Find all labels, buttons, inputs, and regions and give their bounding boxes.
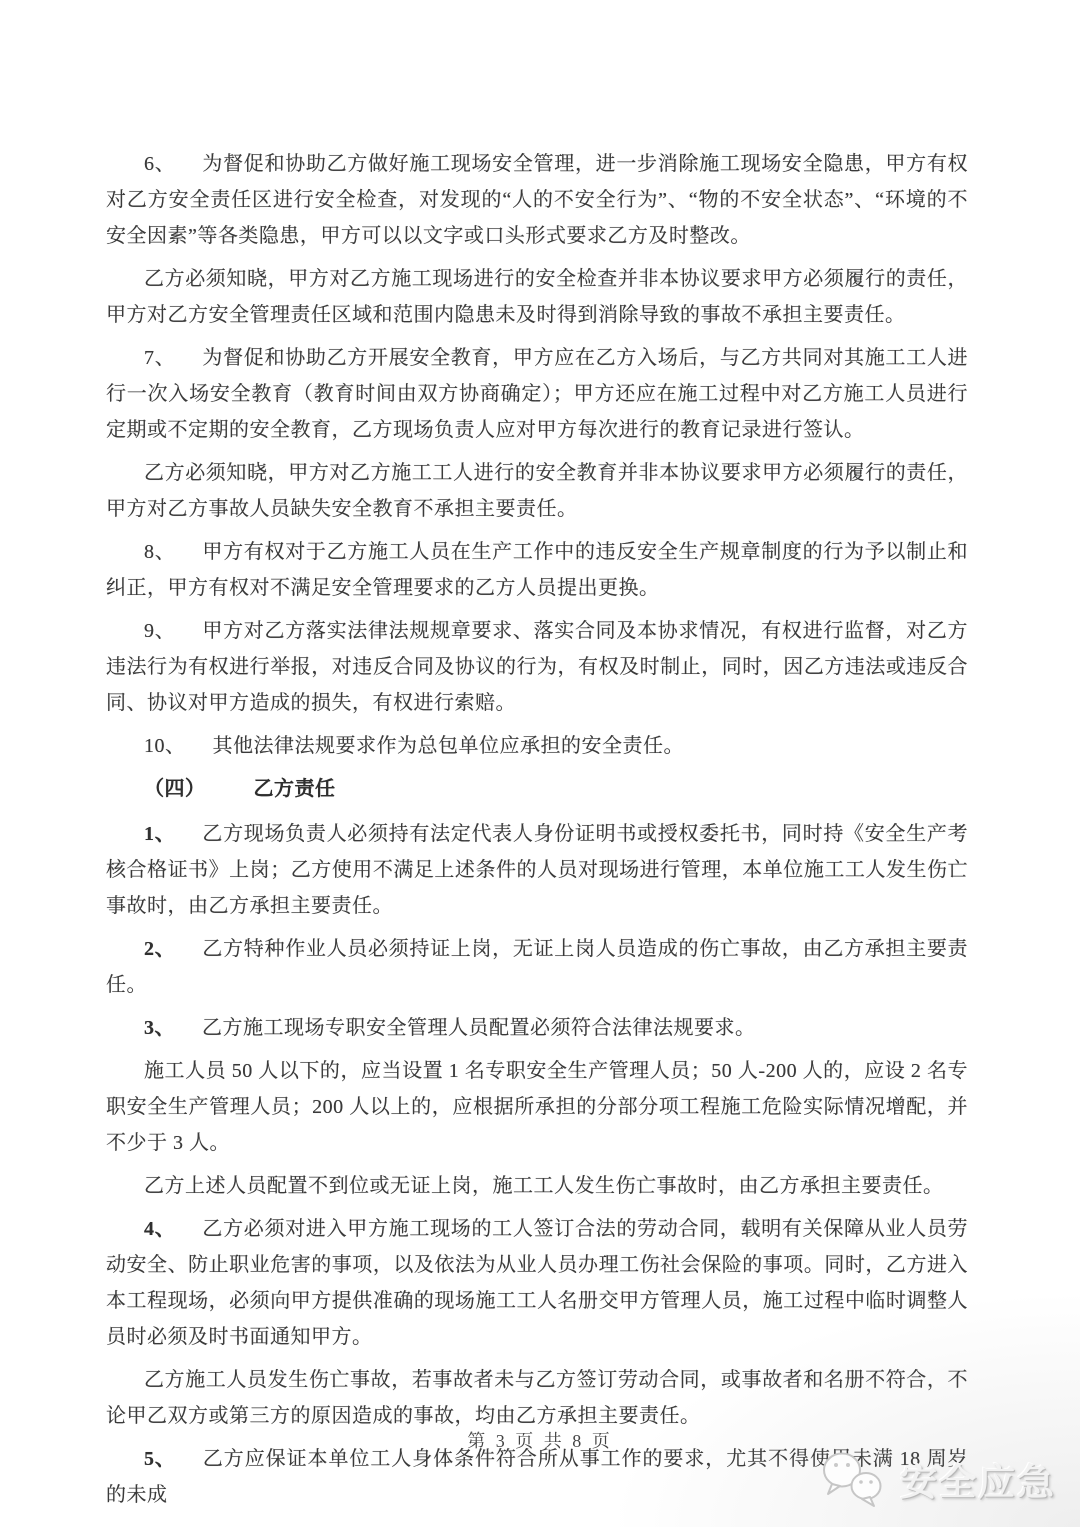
paragraph-text: 为督促和协助乙方做好施工现场安全管理，进一步消除施工现场安全隐患，甲方有权对乙方…: [106, 153, 968, 247]
paragraph-text: 乙方特种作业人员必须持证上岗，无证上岗人员造成的伤亡事故，由乙方承担主要责任。: [106, 938, 968, 996]
paragraph-text: 乙方施工人员发生伤亡事故，若事故者未与乙方签订劳动合同，或事故者和名册不符合，不…: [106, 1369, 968, 1427]
paragraph-text: 乙方必须对进入甲方施工现场的工人签订合法的劳动合同，载明有关保障从业人员劳动安全…: [106, 1218, 968, 1348]
paragraph: 10、其他法律法规要求作为总包单位应承担的安全责任。: [106, 728, 968, 764]
paragraph: 8、甲方有权对于乙方施工人员在生产工作中的违反安全生产规章制度的行为予以制止和纠…: [106, 534, 968, 606]
paragraph: 乙方必须知晓，甲方对乙方施工工人进行的安全教育并非本协议要求甲方必须履行的责任，…: [106, 455, 968, 527]
paragraph-number: 7、: [144, 347, 175, 369]
paragraph-text: 乙方现场负责人必须持有法定代表人身份证明书或授权委托书，同时持《安全生产考核合格…: [106, 823, 968, 917]
paragraph: 乙方上述人员配置不到位或无证上岗，施工工人发生伤亡事故时，由乙方承担主要责任。: [106, 1168, 968, 1204]
paragraph: 3、乙方施工现场专职安全管理人员配置必须符合法律法规要求。: [106, 1010, 968, 1046]
paragraph-text: 乙方必须知晓，甲方对乙方施工现场进行的安全检查并非本协议要求甲方必须履行的责任，…: [106, 268, 968, 326]
paragraph-number: 2、: [144, 938, 175, 960]
paragraph: 7、为督促和协助乙方开展安全教育，甲方应在乙方入场后，与乙方共同对其施工工人进行…: [106, 340, 968, 448]
paragraph-number: 10、: [144, 735, 186, 757]
paragraph-text: 乙方施工现场专职安全管理人员配置必须符合法律法规要求。: [202, 1017, 756, 1039]
paragraph-text: 甲方有权对于乙方施工人员在生产工作中的违反安全生产规章制度的行为予以制止和纠正，…: [106, 541, 968, 599]
paragraph-number: 1、: [144, 823, 175, 845]
paragraph-text: 其他法律法规要求作为总包单位应承担的安全责任。: [213, 735, 685, 757]
paragraph-number: 8、: [144, 541, 175, 563]
paragraph-number: 3、: [144, 1017, 175, 1039]
wechat-icon: [818, 1448, 890, 1510]
paragraph: 9、甲方对乙方落实法律法规规章要求、落实合同及本协求情况，有权进行监督，对乙方违…: [106, 613, 968, 721]
paragraph-number: 6、: [144, 153, 175, 175]
section-heading: （四）乙方责任: [106, 771, 968, 807]
paragraph: 施工人员 50 人以下的，应当设置 1 名专职安全生产管理人员；50 人-200…: [106, 1053, 968, 1161]
paragraph-text: 乙方责任: [254, 778, 336, 800]
paragraph: 乙方必须知晓，甲方对乙方施工现场进行的安全检查并非本协议要求甲方必须履行的责任，…: [106, 261, 968, 333]
paragraph-text: 为督促和协助乙方开展安全教育，甲方应在乙方入场后，与乙方共同对其施工工人进行一次…: [106, 347, 968, 441]
paragraph-text: 施工人员 50 人以下的，应当设置 1 名专职安全生产管理人员；50 人-200…: [106, 1060, 968, 1154]
watermark: 安全应急: [818, 1448, 1056, 1510]
paragraph-text: 甲方对乙方落实法律法规规章要求、落实合同及本协求情况，有权进行监督，对乙方违法行…: [106, 620, 968, 714]
paragraph: 乙方施工人员发生伤亡事故，若事故者未与乙方签订劳动合同，或事故者和名册不符合，不…: [106, 1362, 968, 1434]
paragraph: 6、为督促和协助乙方做好施工现场安全管理，进一步消除施工现场安全隐患，甲方有权对…: [106, 146, 968, 254]
paragraph-number: （四）: [144, 778, 206, 800]
paragraph: 1、乙方现场负责人必须持有法定代表人身份证明书或授权委托书，同时持《安全生产考核…: [106, 816, 968, 924]
paragraph: 4、乙方必须对进入甲方施工现场的工人签订合法的劳动合同，载明有关保障从业人员劳动…: [106, 1211, 968, 1355]
watermark-text: 安全应急: [900, 1452, 1056, 1506]
paragraph-number: 9、: [144, 620, 175, 642]
paragraph-text: 乙方必须知晓，甲方对乙方施工工人进行的安全教育并非本协议要求甲方必须履行的责任，…: [106, 462, 968, 520]
paragraph: 2、乙方特种作业人员必须持证上岗，无证上岗人员造成的伤亡事故，由乙方承担主要责任…: [106, 931, 968, 1003]
paragraph-number: 4、: [144, 1218, 175, 1240]
paragraph-text: 乙方上述人员配置不到位或无证上岗，施工工人发生伤亡事故时，由乙方承担主要责任。: [144, 1175, 944, 1197]
document-body: 6、为督促和协助乙方做好施工现场安全管理，进一步消除施工现场安全隐患，甲方有权对…: [106, 146, 968, 1520]
